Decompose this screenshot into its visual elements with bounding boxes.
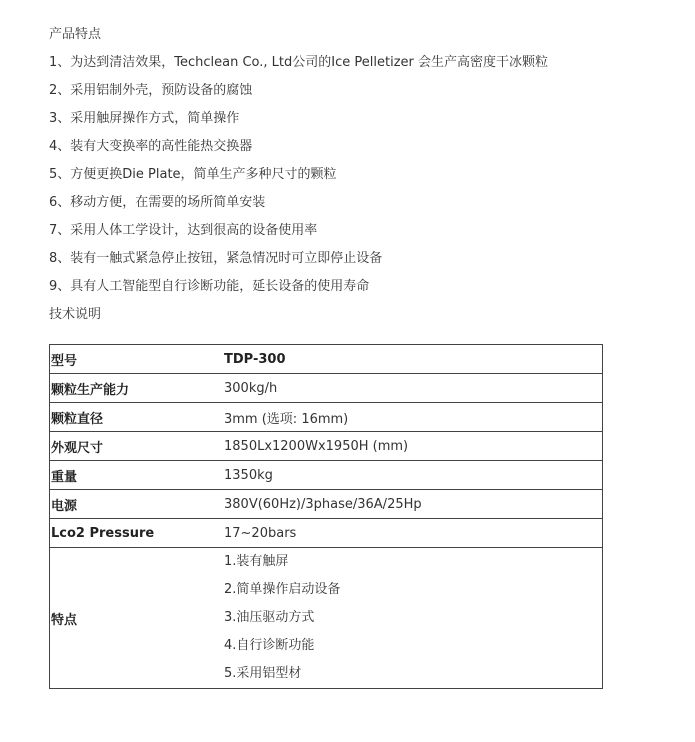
spec-label: Lco2 Pressure (50, 519, 224, 548)
spec-label: 颗粒直径 (50, 403, 224, 432)
spec-value-model: TDP-300 (223, 345, 603, 374)
feature-item: 6、移动方便，在需要的场所简单安装 (49, 193, 649, 221)
table-row: Lco2 Pressure 17~20bars (50, 519, 603, 548)
table-row-features: 特点 1.装有触屏 2.简单操作启动设备 3.油压驱动方式 4.自行诊断功能 5… (50, 548, 603, 689)
features-heading: 产品特点 (49, 25, 649, 53)
spec-value: 300kg/h (223, 374, 603, 403)
feature-item: 3、采用触屏操作方式，简单操作 (49, 109, 649, 137)
feature-item: 2、采用铝制外壳，预防设备的腐蚀 (49, 81, 649, 109)
spec-value: 380V(60Hz)/3phase/36A/25Hp (223, 490, 603, 519)
product-description: 产品特点 1、为达到清洁效果，Techclean Co., Ltd公司的Ice … (49, 25, 649, 333)
feature-item: 5、方便更换Die Plate，简单生产多种尺寸的颗粒 (49, 165, 649, 193)
spec-feature-item: 1.装有触屏 (224, 548, 602, 576)
spec-label: 重量 (50, 461, 224, 490)
spec-label: 型号 (50, 345, 224, 374)
spec-value: 3mm (选项: 16mm) (223, 403, 603, 432)
table-row: 电源 380V(60Hz)/3phase/36A/25Hp (50, 490, 603, 519)
spec-heading: 技术说明 (49, 305, 649, 333)
table-row: 型号 TDP-300 (50, 345, 603, 374)
feature-item: 7、采用人体工学设计，达到很高的设备使用率 (49, 221, 649, 249)
features-list: 1、为达到清洁效果，Techclean Co., Ltd公司的Ice Pelle… (49, 53, 649, 305)
spec-value: 1850Lx1200Wx1950H (mm) (223, 432, 603, 461)
spec-label: 颗粒生产能力 (50, 374, 224, 403)
spec-label: 特点 (50, 548, 224, 689)
feature-item: 9、具有人工智能型自行诊断功能，延长设备的使用寿命 (49, 277, 649, 305)
table-row: 外观尺寸 1850Lx1200Wx1950H (mm) (50, 432, 603, 461)
spec-value: 1350kg (223, 461, 603, 490)
feature-item: 4、装有大变换率的高性能热交换器 (49, 137, 649, 165)
spec-label: 外观尺寸 (50, 432, 224, 461)
spec-table: 型号 TDP-300 颗粒生产能力 300kg/h 颗粒直径 3mm (选项: … (49, 344, 603, 689)
spec-feature-item: 4.自行诊断功能 (224, 632, 602, 660)
table-row: 颗粒直径 3mm (选项: 16mm) (50, 403, 603, 432)
table-row: 重量 1350kg (50, 461, 603, 490)
spec-label: 电源 (50, 490, 224, 519)
spec-feature-item: 3.油压驱动方式 (224, 604, 602, 632)
spec-value: 17~20bars (223, 519, 603, 548)
spec-features-list: 1.装有触屏 2.简单操作启动设备 3.油压驱动方式 4.自行诊断功能 5.采用… (223, 548, 603, 689)
feature-item: 8、装有一触式紧急停止按钮，紧急情况时可立即停止设备 (49, 249, 649, 277)
spec-feature-item: 2.简单操作启动设备 (224, 576, 602, 604)
table-row: 颗粒生产能力 300kg/h (50, 374, 603, 403)
spec-feature-item: 5.采用铝型材 (224, 660, 602, 688)
feature-item: 1、为达到清洁效果，Techclean Co., Ltd公司的Ice Pelle… (49, 53, 649, 81)
